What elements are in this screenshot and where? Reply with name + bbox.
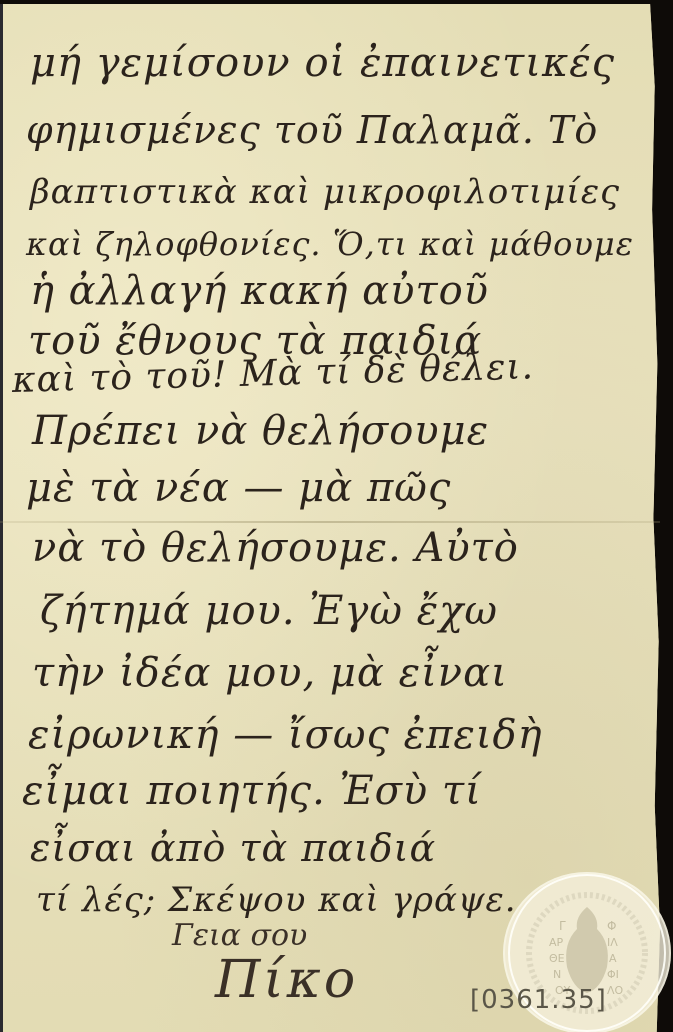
closing-salutation: Γεια σου	[172, 918, 307, 953]
svg-text:ΦΙ: ΦΙ	[607, 968, 619, 981]
svg-text:ΛΟ: ΛΟ	[607, 984, 624, 997]
letter-line-5: ἡ ἀλλαγή κακή αὐτοῦ	[30, 268, 489, 314]
svg-text:Γ: Γ	[559, 919, 566, 933]
svg-text:Ν: Ν	[553, 968, 561, 981]
scan-border	[0, 4, 3, 1032]
letter-line-9: μὲ τὰ νέα — μὰ πῶς	[26, 465, 451, 511]
letter-line-16: τί λές; Σκέψου καὶ γράψε.	[36, 880, 517, 920]
letter-line-3: βαπτιστικὰ καὶ μικροφιλοτιμίες	[30, 172, 620, 212]
letter-line-15: εἶσαι ἀπὸ τὰ παιδιά	[30, 826, 436, 870]
letter-line-8: Πρέπει νὰ θελήσουμε	[32, 408, 489, 454]
svg-text:Φ: Φ	[607, 919, 616, 933]
fold-crease	[0, 521, 660, 523]
letter-line-1: μή γεμίσουν οἱ ἐπαινετικές	[30, 40, 615, 86]
svg-text:ΑΡ: ΑΡ	[549, 936, 564, 949]
letter-line-2: φημισμένες τοῦ Παλαμᾶ. Τὸ	[26, 108, 598, 152]
letter-line-11: ζήτημά μου. Ἐγὼ ἔχω	[40, 588, 498, 634]
letter-line-14: εἶμαι ποιητής. Ἐσὺ τί	[22, 768, 482, 814]
letter-line-10: νὰ τὸ θελήσουμε. Αὐτὸ	[32, 525, 519, 571]
signature: Πίκο	[215, 950, 358, 1010]
letter-line-13: εἰρωνική — ἴσως ἐπειδὴ	[28, 712, 543, 758]
letter-line-4: καὶ ζηλοφθονίες. Ὅ,τι καὶ μάθουμε	[26, 225, 634, 263]
archive-number: [0361.35]	[470, 985, 607, 1015]
letter-line-12: τὴν ἰδέα μου, μὰ εἶναι	[32, 650, 508, 696]
svg-text:Α: Α	[609, 952, 617, 965]
svg-text:ΘΕ: ΘΕ	[549, 952, 565, 965]
svg-text:ΙΛ: ΙΛ	[607, 936, 618, 949]
